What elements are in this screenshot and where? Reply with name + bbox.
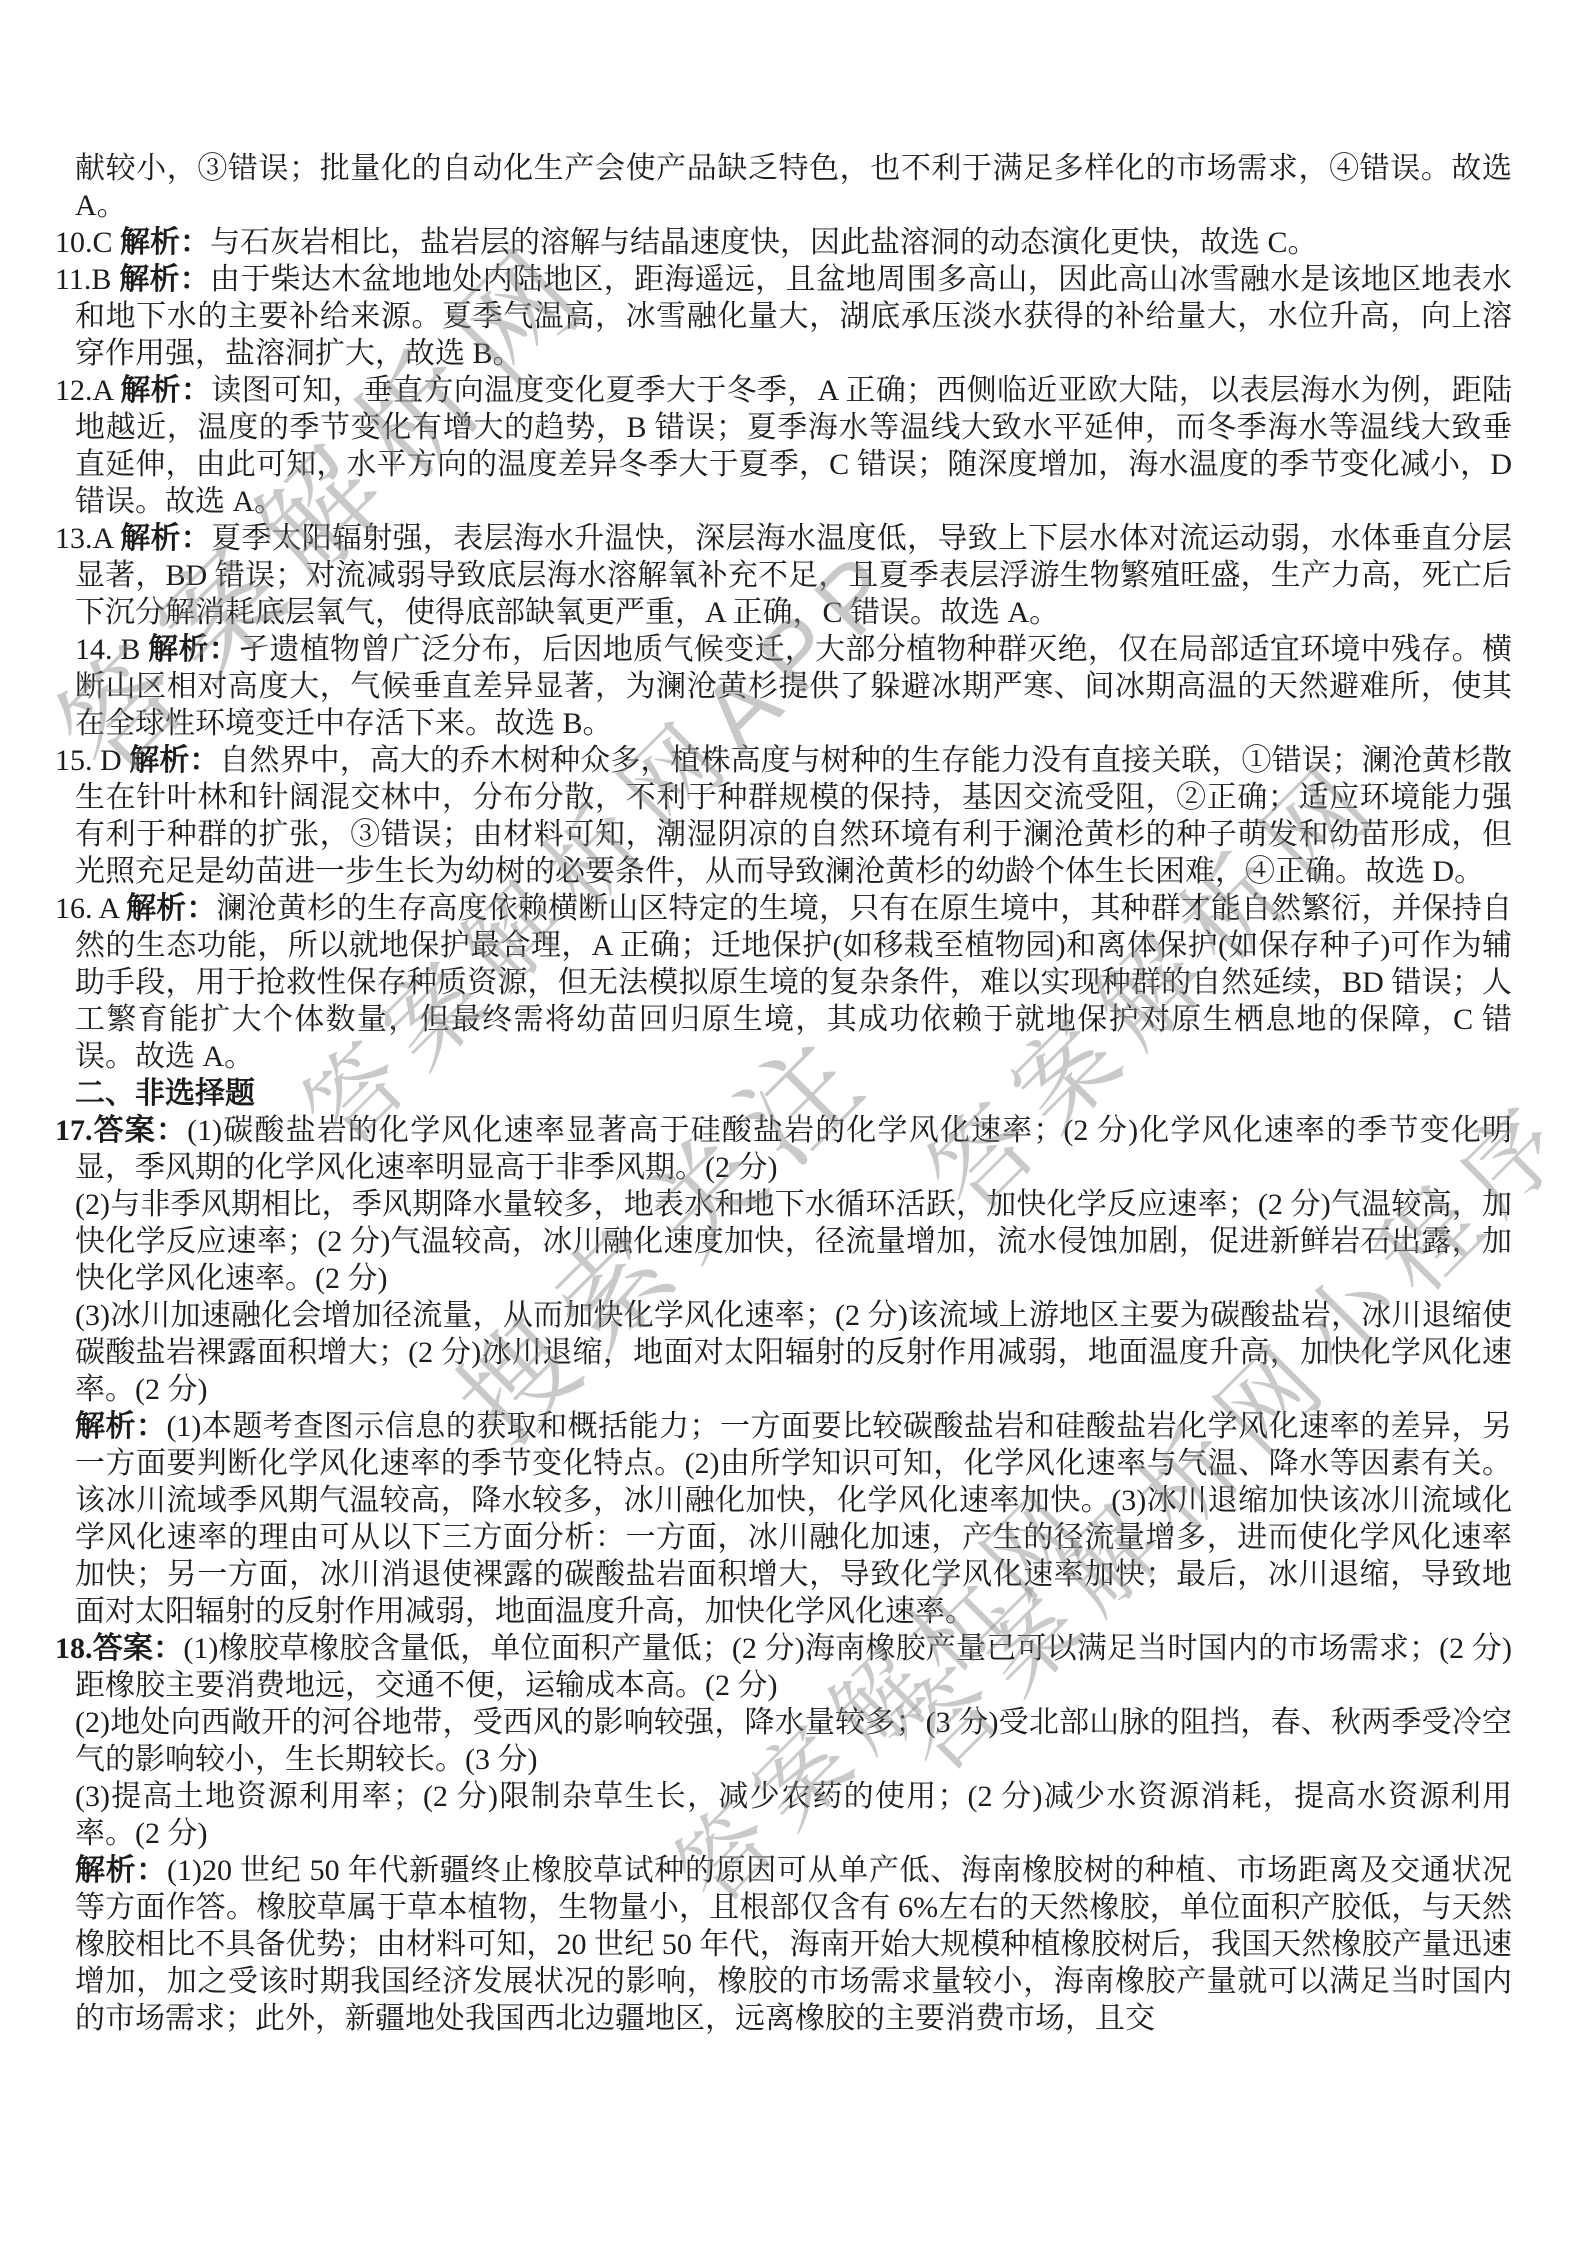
analysis-text: (1)20 世纪 50 年代新疆终止橡胶草试种的原因可从单产低、海南橡胶树的种植… bbox=[75, 1854, 1512, 2035]
item-text: 由于柴达木盆地地处内陆地区，距海遥远，且盆地周围多高山，因此高山冰雪融水是该地区… bbox=[75, 263, 1512, 370]
analysis-label: 解析： bbox=[119, 263, 210, 296]
analysis-label: 解析： bbox=[120, 522, 211, 555]
question-17-analysis: 解析：(1)本题考查图示信息的获取和概括能力；一方面要比较碳酸盐岩和硅酸盐岩化学… bbox=[75, 1408, 1512, 1630]
item-number: 14. B bbox=[75, 633, 148, 666]
item-number: 15. D bbox=[55, 744, 129, 777]
item-text: 与石灰岩相比，盐岩层的溶解与结晶速度快，因此盐溶洞的动态演化更快，故选 C。 bbox=[210, 226, 1318, 259]
question-number: 17. bbox=[55, 1114, 93, 1147]
analysis-text: (1)本题考查图示信息的获取和概括能力；一方面要比较碳酸盐岩和硅酸盐岩化学风化速… bbox=[75, 1410, 1512, 1628]
answer-item-14: 14. B 解析：孑遗植物曾广泛分布，后因地质气候变迁，大部分植物种群灭绝，仅在… bbox=[75, 631, 1512, 742]
question-17-answer-part-1: 17.答案：(1)碳酸盐岩的化学风化速率显著高于硅酸盐岩的化学风化速率；(2 分… bbox=[75, 1112, 1512, 1186]
answer-item-16: 16. A 解析：澜沧黄杉的生存高度依赖横断山区特定的生境，只有在原生境中，其种… bbox=[75, 890, 1512, 1075]
question-17-answer-part-3: (3)冰川加速融化会增加径流量，从而加快化学风化速率；(2 分)该流域上游地区主… bbox=[75, 1297, 1512, 1408]
question-18-answer-part-2: (2)地处向西敞开的河谷地带，受西风的影响较强，降水量较多；(3 分)受北部山脉… bbox=[75, 1704, 1512, 1778]
analysis-label: 解析： bbox=[120, 226, 210, 259]
answer-key-page: 献较小，③错误；批量化的自动化生产会使产品缺乏特色，也不利于满足多样化的市场需求… bbox=[0, 0, 1587, 2243]
answer-label: 答案： bbox=[93, 1114, 188, 1147]
section-heading: 二、非选择题 bbox=[75, 1075, 1512, 1112]
item-number: 12.A bbox=[55, 374, 120, 407]
item-number: 13.A bbox=[55, 522, 120, 555]
answer-text: (2)与非季风期相比，季风期降水量较多，地表水和地下水循环活跃，加快化学反应速率… bbox=[75, 1188, 1512, 1295]
item-number: 10.C bbox=[55, 226, 120, 259]
question-number: 18. bbox=[55, 1632, 93, 1665]
answer-item-13: 13.A 解析：夏季太阳辐射强，表层海水升温快，深层海水温度低，导致上下层水体对… bbox=[75, 520, 1512, 631]
question-18-analysis: 解析：(1)20 世纪 50 年代新疆终止橡胶草试种的原因可从单产低、海南橡胶树… bbox=[75, 1852, 1512, 2037]
section-title: 二、非选择题 bbox=[75, 1077, 255, 1110]
item-text: 夏季太阳辐射强，表层海水升温快，深层海水温度低，导致上下层水体对流运动弱，水体垂… bbox=[75, 522, 1512, 629]
answer-text: (3)提高土地资源利用率；(2 分)限制杂草生长，减少农药的使用；(2 分)减少… bbox=[75, 1780, 1512, 1850]
analysis-label: 解析： bbox=[75, 1410, 166, 1443]
analysis-label: 解析： bbox=[75, 1854, 167, 1887]
answer-text: (1)碳酸盐岩的化学风化速率显著高于硅酸盐岩的化学风化速率；(2 分)化学风化速… bbox=[75, 1114, 1512, 1184]
item-number: 11.B bbox=[55, 263, 119, 296]
answer-label: 答案： bbox=[93, 1632, 184, 1665]
question-18-answer-part-1: 18.答案：(1)橡胶草橡胶含量低，单位面积产量低；(2 分)海南橡胶产量已可以… bbox=[75, 1630, 1512, 1704]
item-text: 自然界中，高大的乔木树种众多，植株高度与树种的生存能力没有直接关联，①错误；澜沧… bbox=[75, 744, 1512, 888]
question-18-answer-part-3: (3)提高土地资源利用率；(2 分)限制杂草生长，减少农药的使用；(2 分)减少… bbox=[75, 1778, 1512, 1852]
analysis-label: 解析： bbox=[120, 374, 211, 407]
question-17-answer-part-2: (2)与非季风期相比，季风期降水量较多，地表水和地下水循环活跃，加快化学反应速率… bbox=[75, 1186, 1512, 1297]
lead-text: 献较小，③错误；批量化的自动化生产会使产品缺乏特色，也不利于满足多样化的市场需求… bbox=[75, 152, 1512, 222]
analysis-label: 解析： bbox=[129, 744, 219, 777]
analysis-label: 解析： bbox=[148, 633, 239, 666]
page-content: 献较小，③错误；批量化的自动化生产会使产品缺乏特色，也不利于满足多样化的市场需求… bbox=[75, 150, 1512, 2037]
answer-item-15: 15. D 解析：自然界中，高大的乔木树种众多，植株高度与树种的生存能力没有直接… bbox=[75, 742, 1512, 890]
answer-text: (3)冰川加速融化会增加径流量，从而加快化学风化速率；(2 分)该流域上游地区主… bbox=[75, 1299, 1512, 1406]
item-text: 澜沧黄杉的生存高度依赖横断山区特定的生境，只有在原生境中，其种群才能自然繁衍，并… bbox=[75, 892, 1512, 1073]
lead-continued-answer: 献较小，③错误；批量化的自动化生产会使产品缺乏特色，也不利于满足多样化的市场需求… bbox=[75, 150, 1512, 224]
answer-text: (1)橡胶草橡胶含量低，单位面积产量低；(2 分)海南橡胶产量已可以满足当时国内… bbox=[75, 1632, 1512, 1702]
item-text: 读图可知，垂直方向温度变化夏季大于冬季，A 正确；西侧临近亚欧大陆，以表层海水为… bbox=[75, 374, 1512, 518]
item-text: 孑遗植物曾广泛分布，后因地质气候变迁，大部分植物种群灭绝，仅在局部适宜环境中残存… bbox=[75, 633, 1512, 740]
answer-item-12: 12.A 解析：读图可知，垂直方向温度变化夏季大于冬季，A 正确；西侧临近亚欧大… bbox=[75, 372, 1512, 520]
answer-item-10: 10.C 解析：与石灰岩相比，盐岩层的溶解与结晶速度快，因此盐溶洞的动态演化更快… bbox=[75, 224, 1512, 261]
answer-item-11: 11.B 解析：由于柴达木盆地地处内陆地区，距海遥远，且盆地周围多高山，因此高山… bbox=[75, 261, 1512, 372]
analysis-label: 解析： bbox=[126, 892, 216, 925]
answer-text: (2)地处向西敞开的河谷地带，受西风的影响较强，降水量较多；(3 分)受北部山脉… bbox=[75, 1706, 1512, 1776]
item-number: 16. A bbox=[55, 892, 126, 925]
